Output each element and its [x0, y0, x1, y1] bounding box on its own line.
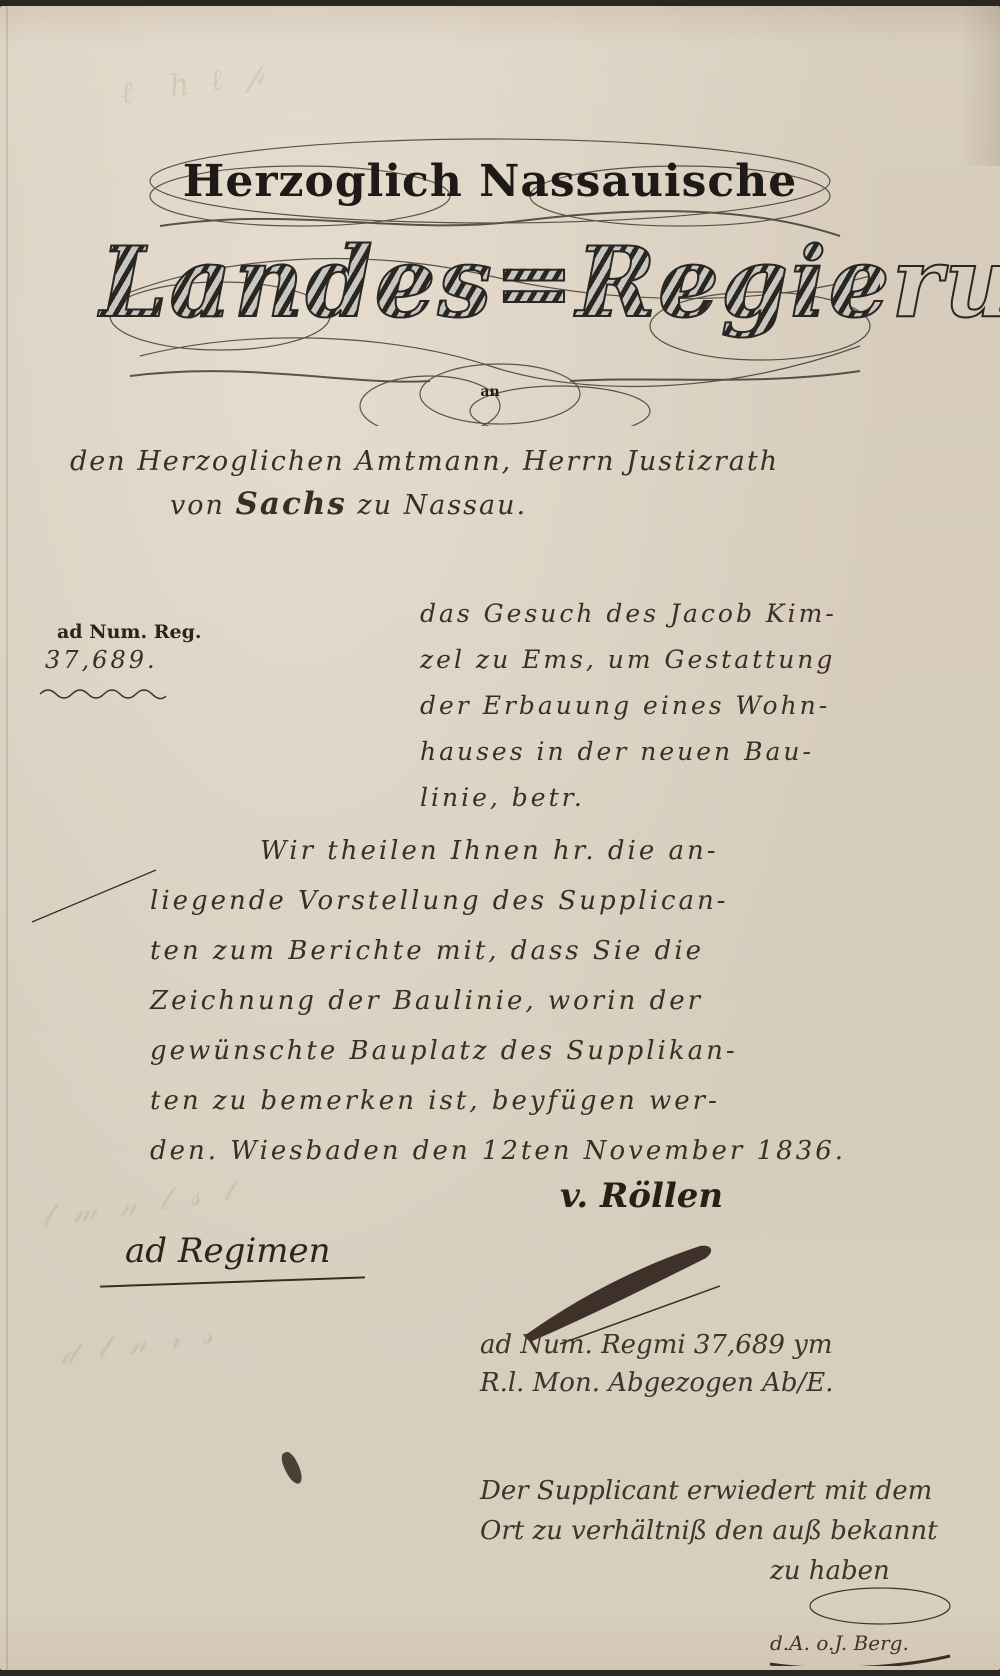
- body-line: ten zum Berichte mit, dass Sie die: [150, 926, 960, 976]
- margin-stroke-icon: [30, 866, 160, 926]
- addressee-prefix: von: [170, 490, 235, 521]
- ink-blot: [278, 1450, 305, 1487]
- signature: v. Röllen: [560, 1176, 723, 1216]
- bleed-through-text: ℓ ℎ ℓ 𝓅: [118, 56, 273, 112]
- initials: d.A. o.J. Berg.: [770, 1631, 909, 1655]
- reference-label: ad Num. Reg.: [57, 621, 202, 643]
- annotation-block-1: ad Num. Regmi 37,689 ym R.l. Mon. Abgezo…: [480, 1326, 980, 1402]
- body-line: liegende Vorstellung des Supplican-: [150, 876, 960, 926]
- reference-number: 37,689.: [45, 646, 158, 674]
- subject-line: zel zu Ems, um Gestattung: [420, 637, 960, 683]
- annotation-line: Ort zu verhältniß den auß bekannt: [480, 1511, 980, 1551]
- subject-line: das Gesuch des Jacob Kim-: [420, 591, 960, 637]
- letterhead: Herzoglich Nassauische Landes=Regierung …: [100, 126, 880, 426]
- body-line: gewünschte Bauplatz des Supplikan-: [150, 1026, 960, 1076]
- bleed-through-text: 𝓁 𝓂 𝓃 𝓁 𝓈 𝓉: [39, 1172, 241, 1234]
- body-line: ten zu bemerken ist, beyfügen wer-: [150, 1076, 960, 1126]
- subject-line: hauses in der neuen Bau-: [420, 729, 960, 775]
- subject-block: das Gesuch des Jacob Kim- zel zu Ems, um…: [420, 591, 960, 821]
- annotation-line: Der Supplicant erwiedert mit dem: [480, 1471, 980, 1511]
- subject-line: linie, betr.: [420, 775, 960, 821]
- document-page: ℓ ℎ ℓ 𝓅 𝓁 𝓂 𝓃 𝓁 𝓈 𝓉 𝒹 𝓁 𝓃 𝓇 𝓈: [0, 6, 1000, 1670]
- addressee-line-2: von Sachs zu Nassau.: [170, 486, 527, 522]
- addressee-line-1: den Herzoglichen Amtmann, Herrn Justizra…: [70, 446, 779, 477]
- annotation-line: ad Num. Regmi 37,689 ym: [480, 1326, 980, 1364]
- bleed-through-text: 𝒹 𝓁 𝓃 𝓇 𝓈: [58, 1315, 221, 1372]
- margin-note: ad Regimen: [125, 1231, 330, 1271]
- annotation-line: R.l. Mon. Abgezogen Ab/E.: [480, 1364, 980, 1402]
- letterhead-subtitle: Landes=Regierung: [100, 226, 880, 339]
- page-edge-line: [6, 6, 8, 1670]
- body-line: Wir theilen Ihnen hr. die an-: [150, 826, 960, 876]
- squiggle-underline-icon: [38, 684, 168, 704]
- subject-line: der Erbauung eines Wohn-: [420, 683, 960, 729]
- body-line: Zeichnung der Baulinie, worin der: [150, 976, 960, 1026]
- letterhead-an: an: [100, 384, 880, 400]
- margin-note-underline: [100, 1276, 365, 1287]
- addressee-suffix: zu Nassau.: [347, 490, 527, 521]
- body-line: den. Wiesbaden den 12ten November 1836.: [150, 1126, 960, 1176]
- addressee-name: Sachs: [235, 486, 346, 522]
- annotation-block-2: Der Supplicant erwiedert mit dem Ort zu …: [480, 1471, 980, 1591]
- body-text: Wir theilen Ihnen hr. die an- liegende V…: [150, 826, 960, 1176]
- letterhead-title: Herzoglich Nassauische: [100, 156, 880, 207]
